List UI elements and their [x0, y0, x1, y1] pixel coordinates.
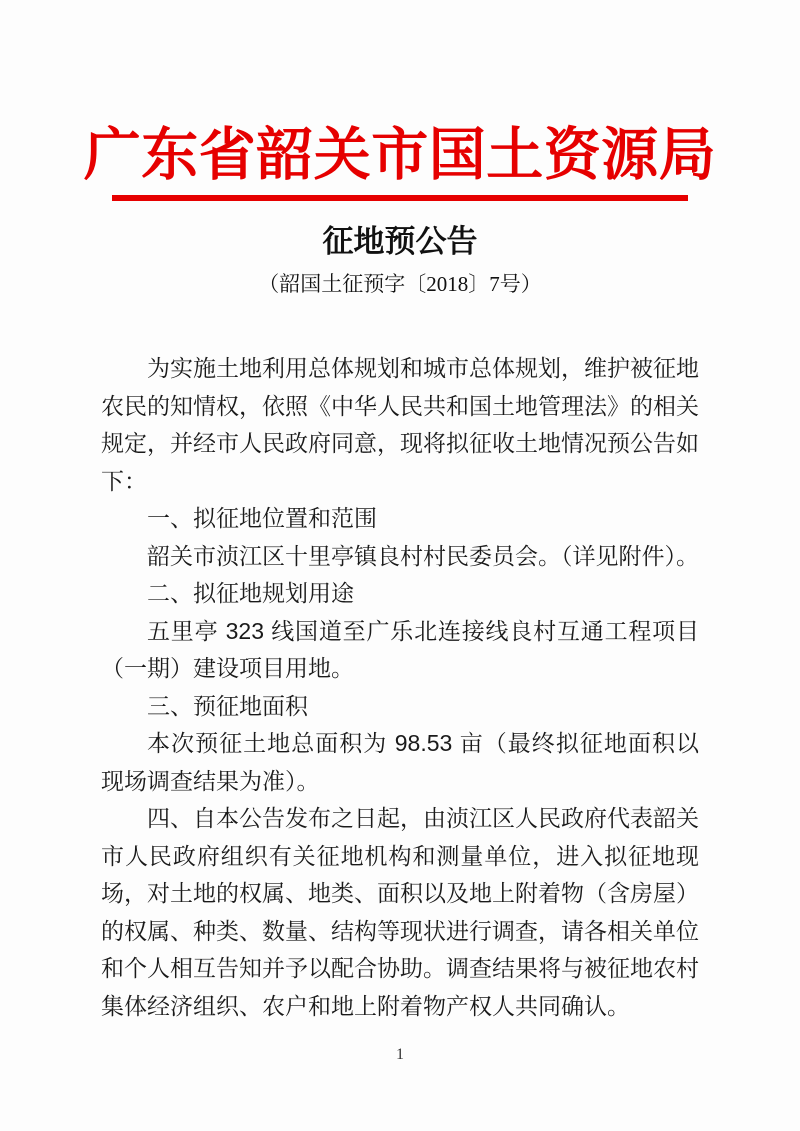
body-paragraph: 本次预征土地总面积为 98.53 亩（最终拟征地面积以现场调查结果为准）。: [101, 725, 699, 800]
page-number: 1: [0, 1047, 800, 1063]
body-paragraph: 四、自本公告发布之日起，由浈江区人民政府代表韶关市人民政府组织有关征地机构和测量…: [101, 800, 699, 1025]
body-paragraph: 二、拟征地规划用途: [101, 575, 699, 613]
agency-title: 广东省韶关市国土资源局: [0, 122, 800, 188]
document-body: 为实施土地利用总体规划和城市总体规划，维护被征地农民的知情权，依照《中华人民共和…: [101, 350, 699, 1025]
document-page: 广东省韶关市国土资源局 征地预公告 （韶国土征预字〔2018〕7号） 为实施土地…: [0, 0, 800, 1131]
body-paragraph: 为实施土地利用总体规划和城市总体规划，维护被征地农民的知情权，依照《中华人民共和…: [101, 350, 699, 500]
body-paragraph: 一、拟征地位置和范围: [101, 500, 699, 538]
document-title: 征地预公告: [0, 224, 800, 260]
document-number: （韶国土征预字〔2018〕7号）: [0, 271, 800, 297]
body-paragraph: 五里亭 323 线国道至广乐北连接线良村互通工程项目（一期）建设项目用地。: [101, 613, 699, 688]
title-double-rule: [112, 195, 688, 201]
body-paragraph: 三、预征地面积: [101, 688, 699, 726]
body-paragraph: 韶关市浈江区十里亭镇良村村民委员会。（详见附件）。: [101, 538, 699, 576]
